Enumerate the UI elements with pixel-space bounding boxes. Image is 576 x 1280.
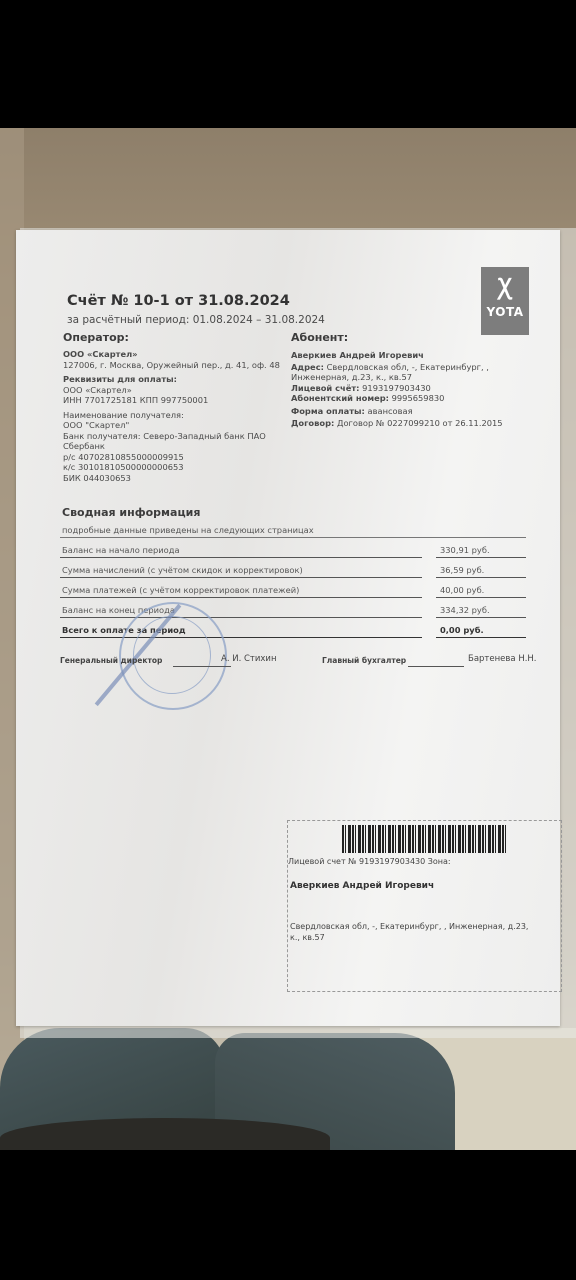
operator-section: Оператор: ООО «Скартел» 127006, г. Москв…	[63, 331, 283, 483]
billing-period: за расчётный период: 01.08.2024 – 31.08.…	[67, 314, 325, 326]
recipient-line: БИК 044030653	[63, 473, 283, 484]
yota-logo: Ꭓ YOTA	[481, 267, 529, 335]
row-label: Баланс на конец периода	[60, 605, 422, 618]
row-label: Сумма начислений (с учётом скидок и корр…	[60, 565, 422, 578]
total-value: 0,00 руб.	[436, 625, 526, 638]
coupon-name: Аверкиев Андрей Игоревич	[290, 881, 434, 891]
row-label: Баланс на начало периода	[60, 545, 422, 558]
shoe	[0, 1118, 330, 1150]
director-name: А. И. Стихин	[221, 654, 277, 664]
recipient-line: р/с 40702810855000009915	[63, 452, 283, 463]
payment-line: ООО «Скартел»	[63, 385, 283, 396]
subscriber-section: Абонент: Аверкиев Андрей Игоревич Адрес:…	[291, 331, 521, 429]
summary-note: подробные данные приведены на следующих …	[60, 525, 526, 538]
invoice-title: Счёт № 10-1 от 31.08.2024	[67, 293, 290, 309]
yota-logo-text: YOTA	[481, 305, 529, 319]
barcode	[342, 825, 508, 853]
coupon-account: Лицевой счет № 9193197903430 Зона:	[288, 857, 451, 866]
payment-heading: Реквизиты для оплаты:	[63, 374, 283, 385]
row-value: 36,59 руб.	[436, 565, 526, 578]
accountant-label: Главный бухгалтер	[322, 656, 406, 665]
row-value: 40,00 руб.	[436, 585, 526, 598]
subscriber-account: Лицевой счёт: 9193197903430	[291, 383, 521, 394]
row-value: 330,91 руб.	[436, 545, 526, 558]
subscriber-address: Адрес: Свердловская обл, -, Екатеринбург…	[291, 362, 521, 383]
operator-name: ООО «Скартел»	[63, 349, 283, 360]
recipient-line: к/с 30101810500000000653	[63, 462, 283, 473]
payment-coupon: Лицевой счет № 9193197903430 Зона: Аверк…	[287, 820, 562, 992]
subscriber-number: Абонентский номер: 9995659830	[291, 393, 521, 404]
director-label: Генеральный директор	[60, 656, 162, 665]
yota-logo-icon: Ꭓ	[481, 271, 529, 305]
accountant-name: Бартенева Н.Н.	[468, 654, 537, 664]
row-label: Сумма платежей (с учётом корректировок п…	[60, 585, 422, 598]
contract: Договор: Договор № 0227099210 от 26.11.2…	[291, 418, 521, 429]
table-row: Сумма платежей (с учётом корректировок п…	[60, 578, 526, 598]
summary-table: Сводная информация подробные данные прив…	[60, 506, 526, 638]
row-value: 334,32 руб.	[436, 605, 526, 618]
recipient-line: Банк получателя: Северо-Западный банк ПА…	[63, 431, 283, 452]
invoice-document: Счёт № 10-1 от 31.08.2024 за расчётный п…	[16, 230, 560, 1026]
subscriber-heading: Абонент:	[291, 331, 521, 344]
accountant-signature-line	[408, 666, 464, 667]
recipient-line: Наименование получателя:	[63, 410, 283, 421]
payment-line: ИНН 7701725181 КПП 997750001	[63, 395, 283, 406]
table-row: Баланс на конец периода 334,32 руб.	[60, 598, 526, 618]
coupon-address: Свердловская обл, -, Екатеринбург, , Инж…	[290, 922, 538, 943]
recipient-line: ООО "Скартел"	[63, 420, 283, 431]
total-label: Всего к оплате за период	[60, 625, 422, 638]
director-signature-line	[173, 666, 231, 667]
subscriber-name: Аверкиев Андрей Игоревич	[291, 350, 521, 361]
table-row: Баланс на начало периода 330,91 руб.	[60, 538, 526, 558]
summary-title: Сводная информация	[60, 506, 526, 519]
payment-form: Форма оплаты: авансовая	[291, 406, 521, 417]
table-row: Сумма начислений (с учётом скидок и корр…	[60, 558, 526, 578]
operator-heading: Оператор:	[63, 331, 283, 344]
operator-address: 127006, г. Москва, Оружейный пер., д. 41…	[63, 360, 283, 371]
